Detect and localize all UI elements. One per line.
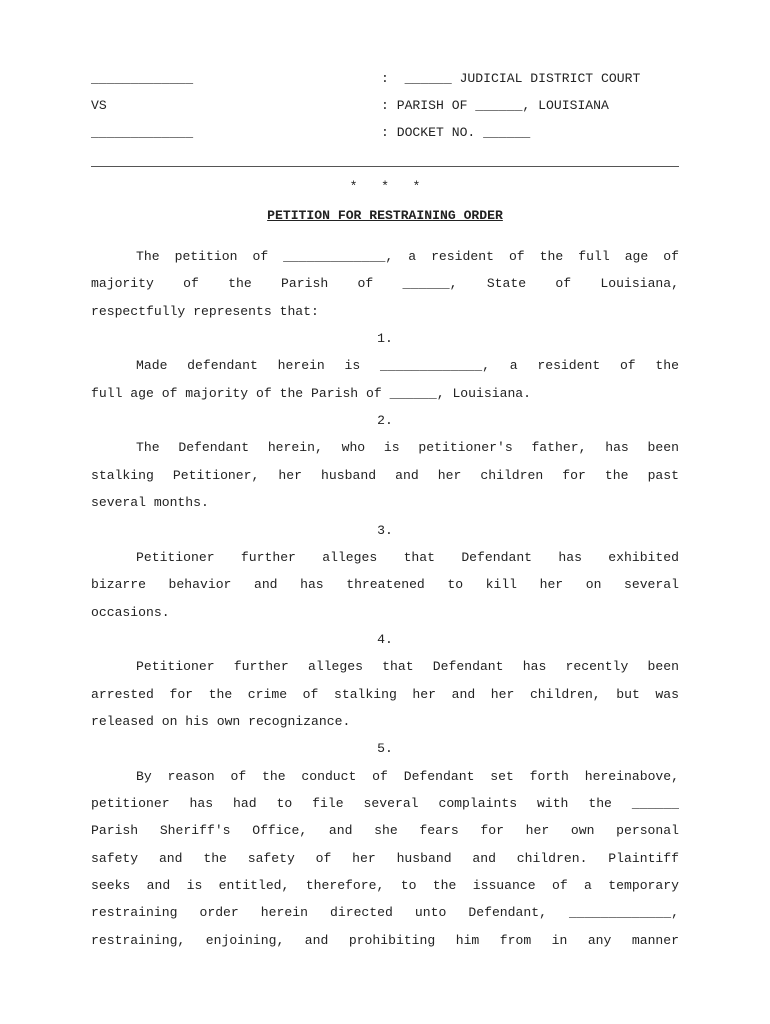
document-page: _____________ VS _____________ : ______ … <box>0 0 770 1024</box>
paragraph-number: 4. <box>91 631 679 649</box>
defendant-blank: _____________ <box>91 124 193 142</box>
plaintiff-blank: _____________ <box>91 70 193 88</box>
paragraph-line: Parish Sheriff's Office, and she fears f… <box>91 822 679 840</box>
paragraph-line: seeks and is entitled, therefore, to the… <box>91 877 679 895</box>
paragraph-last-line: released on his own recognizance. <box>91 713 679 731</box>
paragraph-number: 1. <box>91 330 679 348</box>
paragraph-line: majority of the Parish of ______, State … <box>91 275 679 293</box>
paragraph-line: restraining, enjoining, and prohibiting … <box>91 932 679 950</box>
paragraph-first-line: The petition of _____________, a residen… <box>91 248 679 266</box>
caption-divider <box>91 166 679 167</box>
paragraph-last-line: full age of majority of the Parish of __… <box>91 385 679 403</box>
paragraph-first-line: Petitioner further alleges that Defendan… <box>91 549 679 567</box>
paragraph-line: safety and the safety of her husband and… <box>91 850 679 868</box>
paragraph-last-line: respectfully represents that: <box>91 303 679 321</box>
paragraph-first-line: The Defendant herein, who is petitioner'… <box>91 439 679 457</box>
parish-line: : PARISH OF ______, LOUISIANA <box>381 97 609 115</box>
paragraph-line: stalking Petitioner, her husband and her… <box>91 467 679 485</box>
paragraph-number: 3. <box>91 522 679 540</box>
paragraph-line: arrested for the crime of stalking her a… <box>91 686 679 704</box>
paragraph-line: restraining order herein directed unto D… <box>91 904 679 922</box>
paragraph-last-line: several months. <box>91 494 679 512</box>
document-title: PETITION FOR RESTRAINING ORDER <box>91 207 679 225</box>
paragraph-first-line: By reason of the conduct of Defendant se… <box>91 768 679 786</box>
paragraph-last-line: occasions. <box>91 604 679 622</box>
docket-line: : DOCKET NO. ______ <box>381 124 530 142</box>
paragraph-number: 2. <box>91 412 679 430</box>
separator-stars: * * * <box>91 178 679 196</box>
court-line: : ______ JUDICIAL DISTRICT COURT <box>381 70 640 88</box>
paragraph-line: petitioner has had to file several compl… <box>91 795 679 813</box>
paragraph-number: 5. <box>91 740 679 758</box>
paragraph-first-line: Petitioner further alleges that Defendan… <box>91 658 679 676</box>
paragraph-first-line: Made defendant herein is _____________, … <box>91 357 679 375</box>
versus-label: VS <box>91 97 107 115</box>
paragraph-line: bizarre behavior and has threatened to k… <box>91 576 679 594</box>
